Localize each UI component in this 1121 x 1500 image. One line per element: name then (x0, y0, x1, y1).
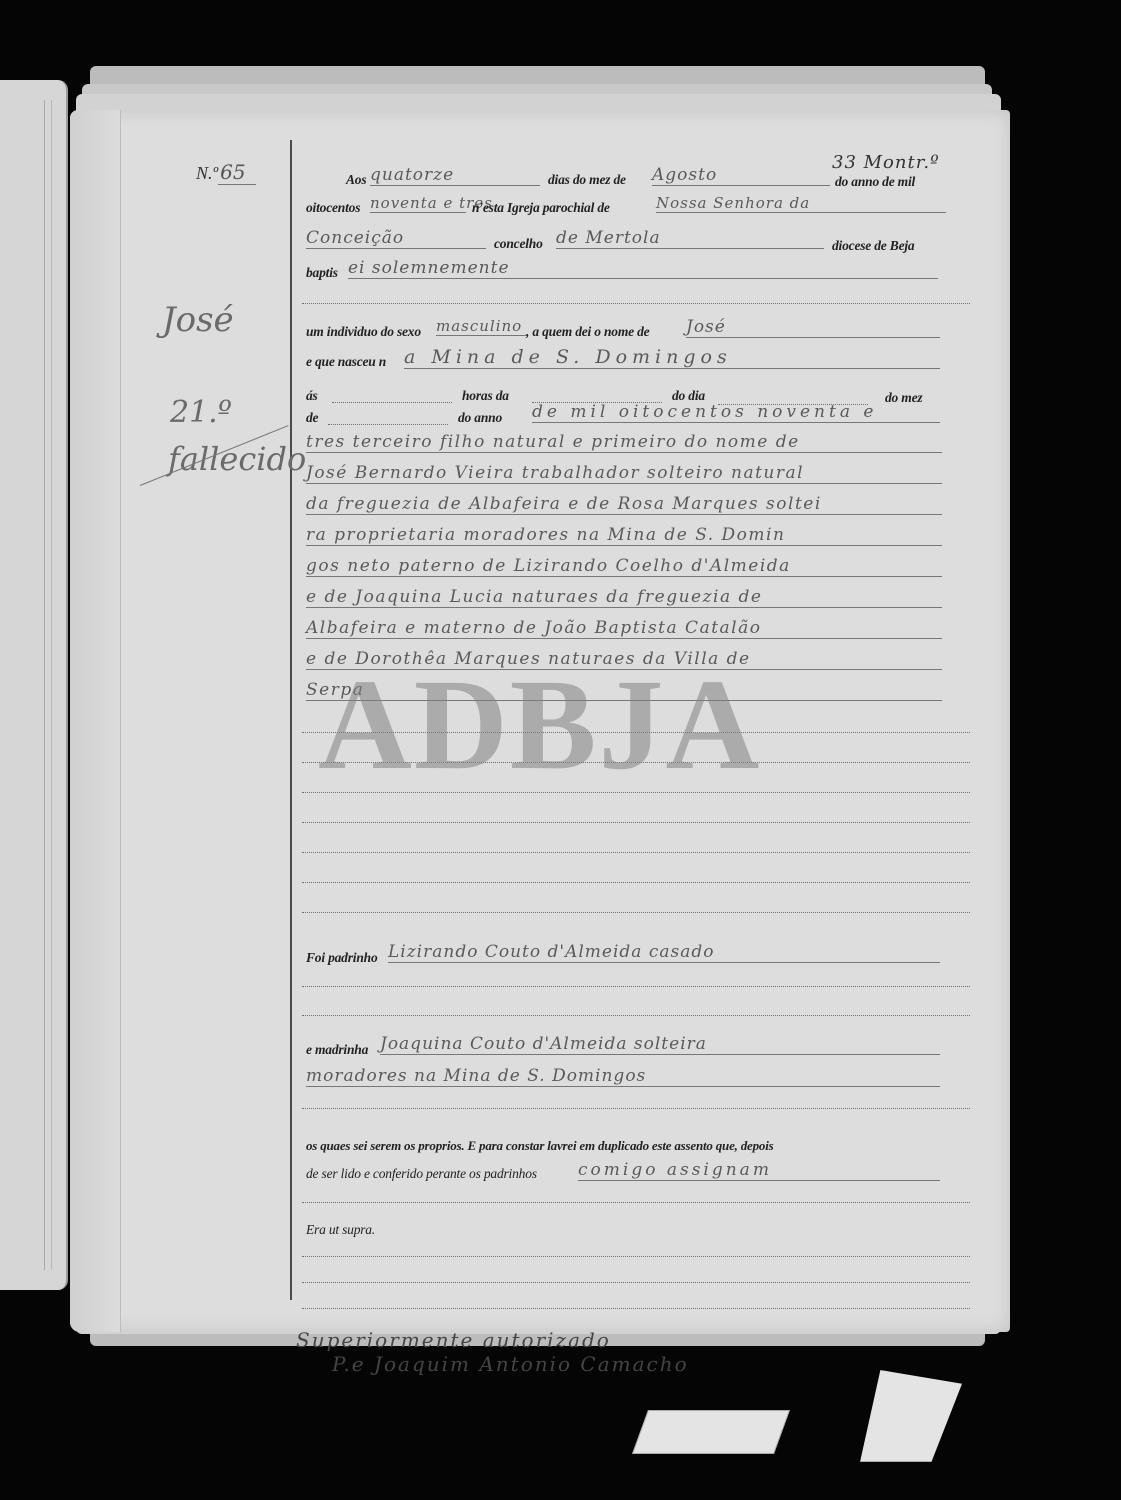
ruled-line (302, 912, 970, 914)
margin-name: José (162, 300, 234, 340)
margin-rule (290, 140, 292, 1300)
label-do-anno: do anno (458, 410, 502, 426)
label-as: ás (306, 388, 318, 404)
folded-corner (860, 1370, 962, 1462)
field-concelho: de Mertola (556, 228, 824, 249)
label-month: dias do mez de (548, 172, 626, 188)
field-birth-year: de mil oitocentos noventa e (532, 402, 940, 423)
field-birthplace: a Mina de S. Domingos (404, 346, 940, 369)
label-parish: n'esta Igreja parochial de (472, 200, 610, 216)
ruled-line (302, 303, 970, 305)
ruled-line (328, 424, 448, 426)
field-name: José (686, 317, 940, 338)
ruled-line (332, 402, 452, 404)
watermark: ADBJA (318, 650, 761, 800)
field-month: Agosto (652, 165, 830, 186)
record-body-line: gos neto paterno de Lizirando Coelho d'A… (306, 556, 942, 577)
label-concelho: concelho (494, 236, 543, 252)
label-nome: , a quem dei o nome de (526, 324, 649, 340)
record-body-line: Albafeira e materno de João Baptista Cat… (306, 618, 942, 639)
label-baptis: baptis (306, 265, 338, 281)
closing-text: os quaes sei serem os proprios. E para c… (306, 1138, 774, 1154)
ruled-line (302, 1202, 970, 1204)
label-sexo: um individuo do sexo (306, 324, 421, 340)
facing-page-edge (0, 80, 68, 1290)
ruled-line (302, 822, 970, 824)
torn-corner (632, 1410, 790, 1454)
entry-number-label: N.º (196, 163, 218, 183)
record-body-line: tres terceiro filho natural e primeiro d… (306, 432, 942, 453)
label-horas: horas da (462, 388, 509, 404)
ruled-line (302, 882, 970, 884)
record-body-line: da freguezia de Albafeira e de Rosa Marq… (306, 494, 942, 515)
label-aos: Aos (346, 172, 366, 188)
label-padrinho: Foi padrinho (306, 950, 378, 966)
label-diocese: diocese de Beja (832, 238, 914, 254)
label-madrinha: e madrinha (306, 1042, 368, 1058)
field-parish: Nossa Senhora da (656, 194, 946, 213)
signature-line-1: Superiormente autorizado (296, 1328, 611, 1352)
record-body-line: ra proprietaria moradores na Mina de S. … (306, 525, 942, 546)
label-de: de (306, 410, 318, 426)
label-oitocentos: oitocentos (306, 200, 360, 216)
ruled-line (302, 1256, 970, 1258)
field-madrinha: Joaquina Couto d'Almeida solteira (380, 1034, 940, 1055)
corner-note: 33 Montr.º (832, 152, 940, 173)
label-nasceu: e que nasceu n (306, 354, 386, 370)
ruled-line (302, 1108, 970, 1110)
field-signatories: comigo assignam (578, 1160, 940, 1181)
page-edge-line (44, 100, 52, 1270)
ruled-line (302, 1282, 970, 1284)
margin-note-number: 21.º (170, 395, 232, 430)
era-ut-supra: Era ut supra. (306, 1222, 375, 1238)
field-padrinho: Lizirando Couto d'Almeida casado (388, 942, 940, 963)
closing-text-2: de ser lido e conferido perante os padri… (306, 1166, 537, 1182)
signature-line-2: P.e Joaquim Antonio Camacho (332, 1352, 689, 1376)
record-body-line: e de Joaquina Lucia naturaes da freguezi… (306, 587, 942, 608)
ruled-line (302, 986, 970, 988)
binding-margin (70, 110, 121, 1332)
field-sex: masculino (436, 317, 526, 336)
entry-number-value: 65 (218, 160, 255, 185)
ruled-line (302, 1015, 970, 1017)
field-parish-cont: Conceição (306, 228, 486, 249)
ruled-line (302, 852, 970, 854)
field-madrinha-cont: moradores na Mina de S. Domingos (306, 1066, 940, 1087)
field-baptism: ei solemnemente (348, 258, 938, 279)
field-day: quatorze (370, 165, 540, 186)
field-year: noventa e tres (370, 194, 466, 213)
record-body-line: José Bernardo Vieira trabalhador solteir… (306, 463, 942, 484)
label-year-prefix: do anno de mil (835, 174, 915, 190)
entry-number: N.º65 (196, 160, 256, 184)
ruled-line (302, 1308, 970, 1310)
register-page: N.º65 33 Montr.º José 21.º fallecido Aos… (70, 110, 1010, 1332)
